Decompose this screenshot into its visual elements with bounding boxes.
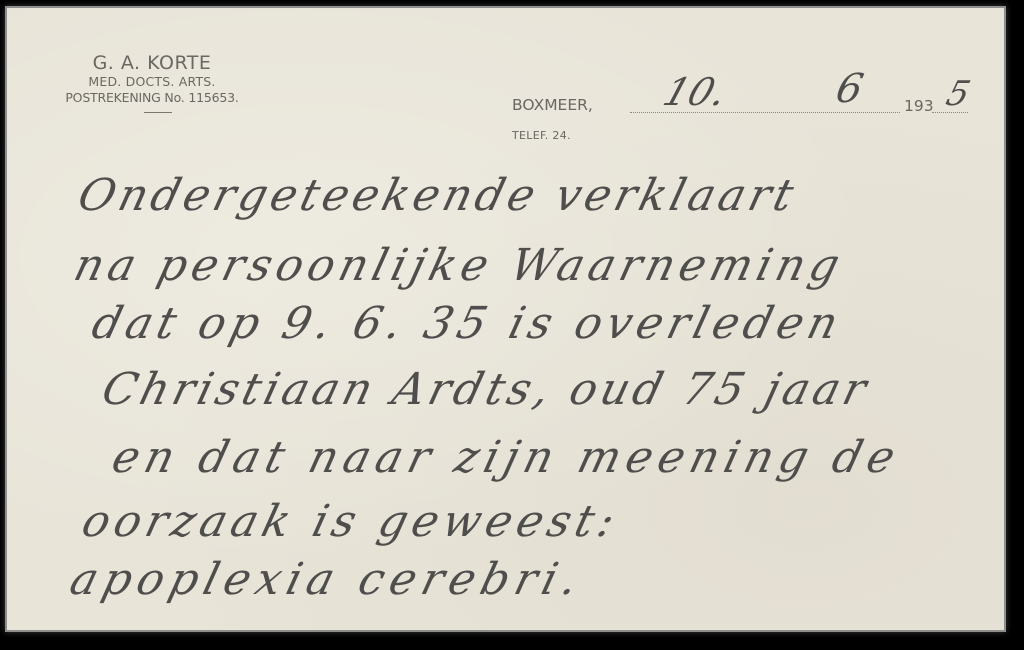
- handwritten-line-4: Christiaan Ardts, oud 75 jaar: [97, 364, 875, 415]
- doctor-name: G. A. KORTE: [7, 52, 297, 74]
- handwritten-line-5: en dat naar zijn meening de: [107, 432, 906, 483]
- telephone-number: TELEF. 24.: [512, 129, 571, 142]
- page-background: G. A. KORTE MED. DOCTS. ARTS. POSTREKENI…: [0, 0, 1024, 650]
- place-date-line: BOXMEER, 193: [512, 96, 992, 120]
- handwritten-line-2: na persoonlijke Waarneming: [69, 240, 849, 291]
- year-prefix: 193: [904, 97, 934, 115]
- handwritten-line-3: dat op 9. 6. 35 is overleden: [87, 298, 848, 349]
- doctor-title: MED. DOCTS. ARTS.: [7, 74, 297, 90]
- handwritten-line-7: apoplexia cerebri.: [65, 554, 589, 605]
- handwritten-line-6: oorzaak is geweest:: [77, 496, 625, 547]
- place-label: BOXMEER,: [512, 96, 593, 114]
- handwritten-line-1: Ondergeteekende verklaart: [73, 170, 802, 221]
- letterhead-rule: [144, 112, 172, 113]
- letterhead: G. A. KORTE MED. DOCTS. ARTS. POSTREKENI…: [7, 52, 297, 113]
- medical-certificate-card: G. A. KORTE MED. DOCTS. ARTS. POSTREKENI…: [5, 6, 1006, 632]
- postal-account-number: POSTREKENING No. 115653.: [7, 90, 297, 106]
